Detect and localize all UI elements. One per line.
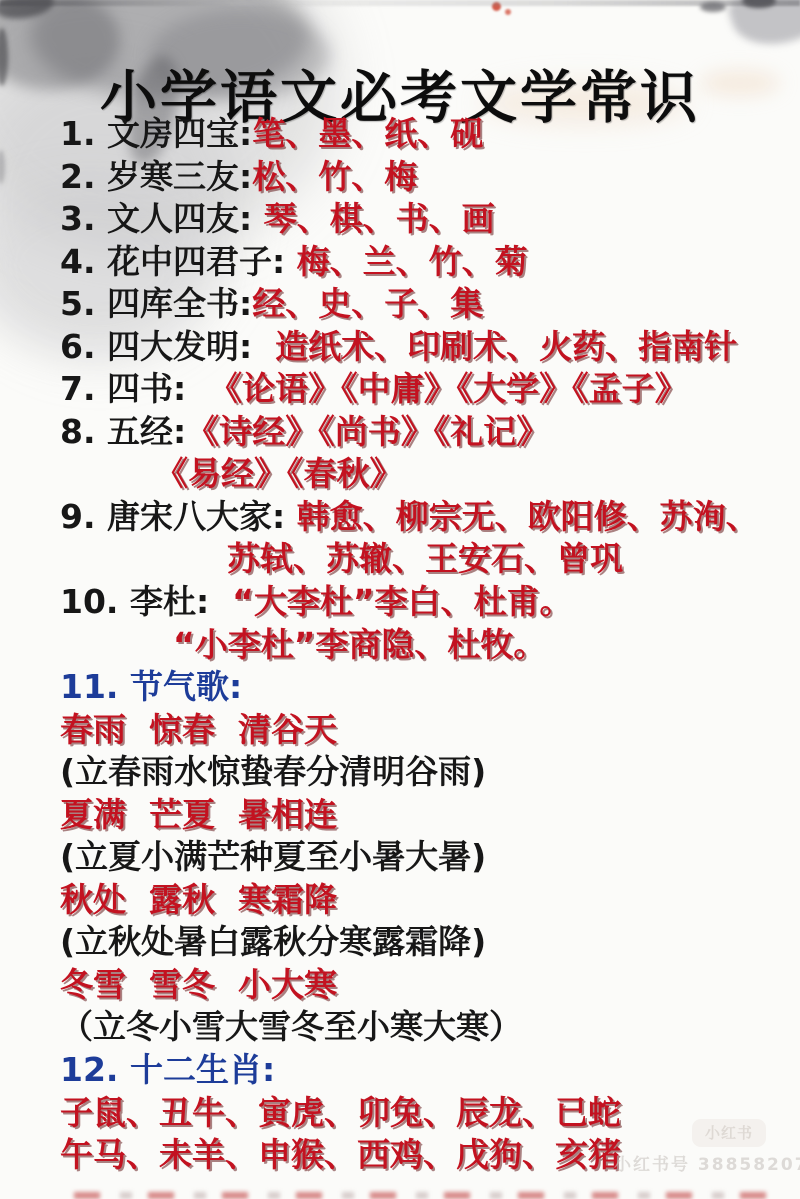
- body-text: 6. 四大发明:: [60, 327, 275, 366]
- text-line: (立春雨水惊蛰春分清明谷雨): [60, 751, 790, 794]
- corner-ink-mark: [742, 0, 776, 8]
- text-line: (立夏小满芒种夏至小暑大暑): [60, 836, 790, 879]
- red-speck: [505, 9, 511, 15]
- text-line: 2. 岁寒三友:松、竹、梅: [60, 156, 790, 199]
- text-line: 4. 花中四君子: 梅、兰、竹、菊: [60, 241, 790, 284]
- body-text: 2. 岁寒三友:: [60, 157, 252, 196]
- edge-ink-mark: [0, 150, 5, 184]
- highlight-text: 《易经》《春秋》: [155, 454, 403, 493]
- content-lines: 1. 文房四宝:笔、墨、纸、砚2. 岁寒三友:松、竹、梅3. 文人四友: 琴、棋…: [60, 113, 790, 1177]
- text-line: 8. 五经:《诗经》《尚书》《礼记》: [60, 411, 790, 454]
- highlight-text: 苏轼、苏辙、王安石、曾巩: [227, 539, 623, 578]
- text-line: 9. 唐宋八大家: 韩愈、柳宗无、欧阳修、苏洵、: [60, 496, 790, 539]
- text-line: 苏轼、苏辙、王安石、曾巩: [60, 538, 790, 581]
- corner-ink-mark: [700, 2, 726, 12]
- poster-page: 小学语文必考文学常识 1. 文房四宝:笔、墨、纸、砚2. 岁寒三友:松、竹、梅3…: [0, 0, 800, 1199]
- corner-ink-mark: [725, 0, 800, 57]
- text-line: 7. 四书: 《论语》《中庸》《大学》《孟子》: [60, 368, 790, 411]
- text-line: 《易经》《春秋》: [60, 453, 790, 496]
- text-line: 5. 四库全书:经、史、子、集: [60, 283, 790, 326]
- highlight-text: 冬雪 雪冬 小大寒: [60, 965, 337, 1004]
- body-text: (立秋处暑白露秋分寒露霜降): [60, 922, 486, 961]
- highlight-text: 夏满 芒夏 暑相连: [60, 795, 337, 834]
- text-line: 12. 十二生肖:: [60, 1049, 790, 1092]
- text-line: 冬雪 雪冬 小大寒: [60, 964, 790, 1007]
- text-line: 1. 文房四宝:笔、墨、纸、砚: [60, 113, 790, 156]
- highlight-text: 午马、未羊、申猴、西鸡、戊狗、亥猪: [60, 1135, 621, 1174]
- body-text: 5. 四库全书:: [60, 284, 252, 323]
- text-line: 10. 李杜: “大李杜”李白、杜甫。: [60, 581, 790, 624]
- body-text: (立春雨水惊蛰春分清明谷雨): [60, 752, 486, 791]
- text-line: 6. 四大发明: 造纸术、印刷术、火药、指南针: [60, 326, 790, 369]
- body-text: 10. 李杜:: [60, 582, 232, 621]
- highlight-text: 秋处 露秋 寒霜降: [60, 880, 337, 919]
- highlight-text: 造纸术、印刷术、火药、指南针: [275, 327, 737, 366]
- highlight-text: 韩愈、柳宗无、欧阳修、苏洵、: [297, 497, 759, 536]
- body-text: (立夏小满芒种夏至小暑大暑): [60, 837, 486, 876]
- highlight-text: 《诗经》《尚书》《礼记》: [186, 412, 549, 451]
- body-text: 3. 文人四友:: [60, 199, 264, 238]
- text-line: 夏满 芒夏 暑相连: [60, 794, 790, 837]
- text-line: 3. 文人四友: 琴、棋、书、画: [60, 198, 790, 241]
- text-line: （立冬小雪大雪冬至小寒大寒）: [60, 1006, 790, 1049]
- highlight-text: “大李杜”李白、杜甫。: [232, 582, 572, 621]
- text-line: 11. 节气歌:: [60, 666, 790, 709]
- xiaohongshu-id-watermark: 小红书号 3885820785: [614, 1150, 800, 1175]
- body-text: （立冬小雪大雪冬至小寒大寒）: [60, 1007, 522, 1046]
- highlight-text: 琴、棋、书、画: [264, 199, 495, 238]
- xiaohongshu-badge: 小红书: [692, 1119, 766, 1147]
- highlight-text: 春雨 惊春 清谷天: [60, 710, 337, 749]
- body-text: 7. 四书:: [60, 369, 209, 408]
- highlight-text: “小李杜”李商隐、杜牧。: [173, 625, 546, 664]
- text-line: 子鼠、丑牛、寅虎、卯兔、辰龙、已蛇: [60, 1092, 790, 1135]
- body-text: 4. 花中四君子:: [60, 242, 297, 281]
- section-heading-text: 11. 节气歌:: [60, 667, 242, 706]
- text-line: “小李杜”李商隐、杜牧。: [60, 624, 790, 667]
- text-line: 春雨 惊春 清谷天: [60, 709, 790, 752]
- body-text: 1. 文房四宝:: [60, 114, 252, 153]
- corner-ink-mark: [0, 0, 56, 22]
- cutoff-text-strip: [74, 1192, 774, 1199]
- highlight-text: 笔、墨、纸、砚: [252, 114, 483, 153]
- highlight-text: 经、史、子、集: [252, 284, 483, 323]
- body-text: 9. 唐宋八大家:: [60, 497, 297, 536]
- text-line: (立秋处暑白露秋分寒露霜降): [60, 921, 790, 964]
- section-heading-text: 12. 十二生肖:: [60, 1050, 275, 1089]
- top-edge-shade: [0, 0, 800, 6]
- red-speck: [492, 2, 501, 11]
- highlight-text: 松、竹、梅: [252, 157, 417, 196]
- highlight-text: 《论语》《中庸》《大学》《孟子》: [209, 369, 688, 408]
- highlight-text: 梅、兰、竹、菊: [297, 242, 528, 281]
- highlight-text: 子鼠、丑牛、寅虎、卯兔、辰龙、已蛇: [60, 1093, 621, 1132]
- body-text: 8. 五经:: [60, 412, 186, 451]
- text-line: 秋处 露秋 寒霜降: [60, 879, 790, 922]
